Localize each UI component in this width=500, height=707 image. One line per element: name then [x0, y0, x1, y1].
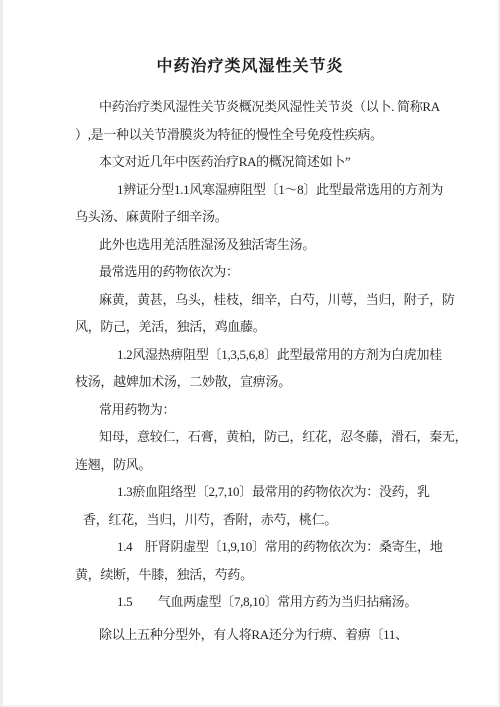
text-line-14: 连翘，防风。 — [75, 451, 440, 479]
text-line-9: 风，防己，羌活，独活，鸡血藤。 — [75, 313, 440, 341]
text-line-6: 此外也选用羌活胜湿汤及独活寄生汤。 — [75, 231, 440, 259]
document-page: 中药治疗类风湿性关节炎 中药治疗类风湿性关节炎概况类风湿性关节炎（以卜. 简称R… — [0, 0, 500, 707]
document-title: 中药治疗类风湿性关节炎 — [0, 0, 500, 76]
text-line-16: 香，红花，当归，川芍，香附，赤芍，桃仁。 — [75, 506, 440, 534]
text-line-2: ）,是一种以关节滑膜炎为特征的慢性全号免疫性疾病。 — [75, 121, 440, 149]
text-line-17: 1.4 肝肾阴虚型〔1,9,10〕常用的药物依次为：桑寄生，地 — [75, 533, 440, 561]
text-line-13: 知母，意较仁，石膏，黄柏，防己，红花，忍冬藤，滑石，秦无， — [75, 423, 440, 451]
document-body: 中药治疗类风湿性关节炎概况类风湿性关节炎（以卜. 简称RA）,是一种以关节滑膜炎… — [75, 93, 440, 648]
text-line-3: 本文对近几年中医药治疗RA的概况简述如卜” — [75, 148, 440, 176]
text-line-19: 1.5 气血两虚型〔7,8,10〕常用方药为当归拈痛汤。 — [75, 588, 440, 616]
text-line-15: 1.3瘀血阻络型〔2,7,10〕最常用的药物依次为：没药，乳 — [75, 478, 440, 506]
text-line-4: 1辨证分型1.1风寒湿痹阻型〔1～8〕此型最常选用的方剂为 — [75, 176, 440, 204]
text-line-7: 最常选用的药物依次为： — [75, 258, 440, 286]
text-line-12: 常用药物为： — [75, 396, 440, 424]
text-line-5: 乌头汤、麻黄附子细辛汤。 — [75, 203, 440, 231]
text-line-11: 枝汤，越婢加术汤，二妙散，宣痹汤。 — [75, 368, 440, 396]
text-line-10: 1.2风湿热痹阻型〔1,3,5,6,8〕此型最常用的方剂为白虎加桂 — [75, 341, 440, 369]
text-line-20: 除以上五种分型外，有人将RA还分为行痹、着痹〔11、 — [75, 621, 440, 649]
text-line-18: 黄，续断，牛膝，独活，芍药。 — [75, 561, 440, 589]
text-line-8: 麻黄，黄甚，乌头，桂枝，细辛，白芍，川萼，当归，附子，防 — [75, 286, 440, 314]
text-line-1: 中药治疗类风湿性关节炎概况类风湿性关节炎（以卜. 简称RA — [75, 93, 440, 121]
